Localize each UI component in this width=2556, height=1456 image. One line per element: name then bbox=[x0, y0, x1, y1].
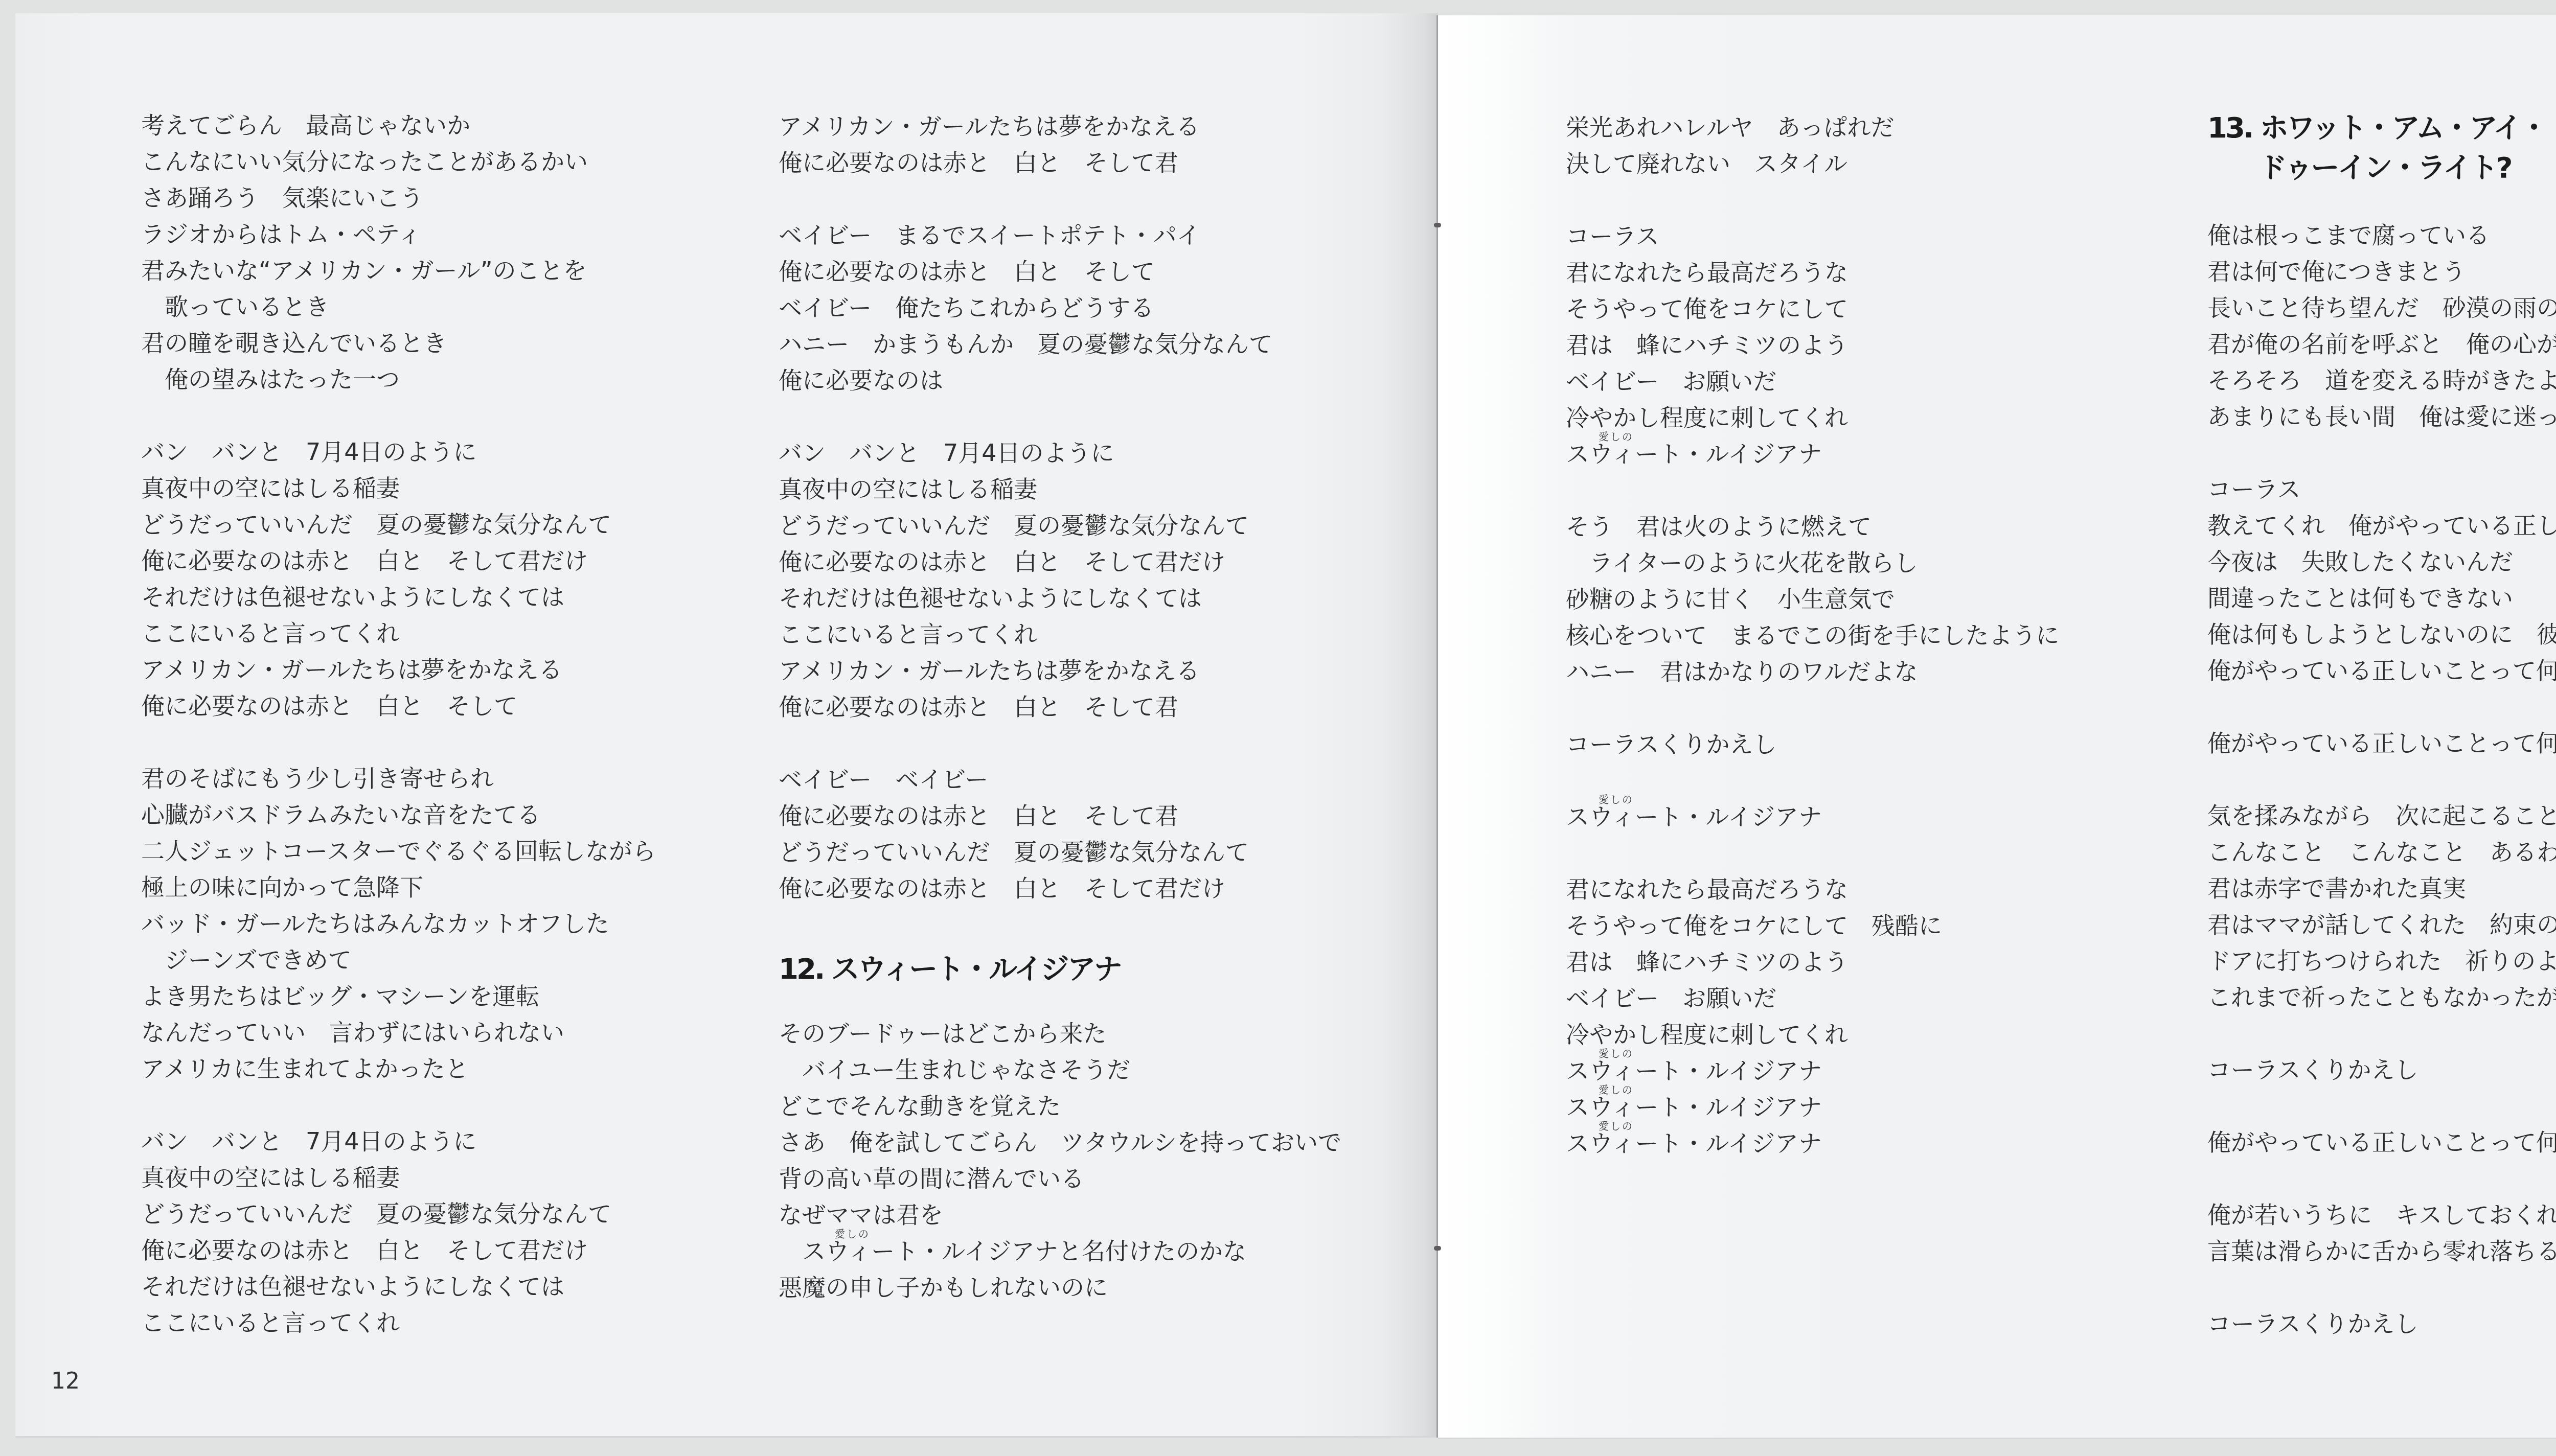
lyric-line: 冷やかし程度に刺してくれ bbox=[1566, 1016, 2060, 1053]
lyric-line: アメリカン・ガールたちは夢をかなえる bbox=[779, 108, 1341, 145]
lyric-line: コーラス bbox=[2207, 471, 2556, 507]
lyric-line: どうだっていいんだ 夏の憂鬱な気分なんて bbox=[779, 507, 1341, 544]
lyric-text: スウィート・ルイジアナ bbox=[1566, 1093, 1822, 1121]
ruby-annotation: 愛しの bbox=[1599, 794, 1634, 805]
lyric-line: 間違ったことは何もできない bbox=[2207, 580, 2556, 616]
lyric-line: 砂糖のように甘く 小生意気で bbox=[1566, 581, 2060, 617]
lyric-line: 俺の望みはたった一つ bbox=[141, 361, 656, 398]
chorus-repeat-label: コーラスくりかえし bbox=[2207, 1306, 2556, 1342]
ruby-annotation: 愛しの bbox=[1599, 431, 1634, 443]
ruby-annotation: 愛しの bbox=[835, 1229, 870, 1240]
lyric-line: これまで祈ったこともなかったが bbox=[2207, 979, 2556, 1015]
lyrics-column-4: 13. ホワット・アム・アイ・ ドゥーイン・ライト? 俺は根っこまで腐っている … bbox=[2207, 108, 2556, 1378]
stanza: バン バンと 7月4日のように 真夜中の空にはしる稲妻 どうだっていいんだ 夏の… bbox=[779, 435, 1341, 725]
lyric-line: そのブードゥーはどこから来た bbox=[779, 1015, 1341, 1052]
lyric-line: 君は 蜂にハチミツのよう bbox=[1566, 944, 2060, 980]
lyric-line: アメリカに生まれてよかったと bbox=[141, 1051, 656, 1087]
lyrics-column-1: 考えてごらん 最高じゃないか こんなにいい気分になったことがあるかい さあ踊ろう… bbox=[141, 107, 656, 1377]
lyric-line: それだけは色褪せないようにしなくては bbox=[141, 579, 656, 615]
lyric-line: 君は赤字で書かれた真実 bbox=[2207, 870, 2556, 907]
lyric-line: ベイビー 俺たちこれからどうする bbox=[779, 290, 1341, 326]
song-title: 13. ホワット・アム・アイ・ ドゥーイン・ライト? bbox=[2207, 108, 2556, 217]
lyric-line: 長いこと待ち望んだ 砂漠の雨のような君 bbox=[2207, 290, 2556, 326]
lyric-line: バン バンと 7月4日のように bbox=[141, 1123, 656, 1160]
stanza: ベイビー ベイビー 俺に必要なのは赤と 白と そして君 どうだっていいんだ 夏の… bbox=[779, 761, 1341, 907]
lyric-line: 決して廃れない スタイル bbox=[1566, 146, 2060, 182]
lyric-line: 俺がやっている正しいことって何だろう bbox=[2207, 653, 2556, 689]
lyric-line: 真夜中の空にはしる稲妻 bbox=[141, 1160, 656, 1196]
lyric-line: 愛しの スウィート・ルイジアナと名付けたのかな bbox=[779, 1233, 1341, 1269]
lyric-line: バッド・ガールたちはみんなカットオフした bbox=[141, 906, 656, 942]
lyric-line: コーラス bbox=[1566, 218, 2060, 255]
stanza: コーラス 君になれたら最高だろうな そうやって俺をコケにして 君は 蜂にハチミツ… bbox=[1566, 218, 2060, 472]
lyric-line: 君のそばにもう少し引き寄せられ bbox=[141, 760, 656, 797]
lyric-line: 愛しの スウィート・ルイジアナ bbox=[1566, 436, 2060, 472]
lyric-line: 真夜中の空にはしる稲妻 bbox=[779, 471, 1341, 507]
lyric-line: こんなにいい気分になったことがあるかい bbox=[141, 144, 656, 180]
lyric-line: 今夜は 失敗したくないんだ bbox=[2207, 544, 2556, 580]
lyric-line: 俺に必要なのは赤と 白と そして君 bbox=[779, 689, 1341, 725]
lyric-line: アメリカン・ガールたちは夢をかなえる bbox=[779, 653, 1341, 689]
chorus-repeat-label: コーラスくりかえし bbox=[1566, 726, 2060, 762]
chorus-repeat-label: コーラスくりかえし bbox=[2207, 1052, 2556, 1088]
spine-fold bbox=[1436, 15, 1438, 1438]
lyric-line: 君になれたら最高だろうな bbox=[1566, 255, 2060, 291]
lyric-line: 俺は根っこまで腐っている bbox=[2207, 217, 2556, 253]
lyric-text: スウィート・ルイジアナ bbox=[1566, 1129, 1822, 1157]
ruby-annotation: 愛しの bbox=[1599, 1121, 1634, 1132]
lyric-line: 俺に必要なのは赤と 白と そして君だけ bbox=[779, 544, 1341, 580]
stanza: 栄光あれハレルヤ あっぱれだ 決して廃れない スタイル bbox=[1566, 109, 2060, 182]
lyric-line: 愛しの スウィート・ルイジアナ bbox=[1566, 1125, 2060, 1162]
lyrics-column-3: 栄光あれハレルヤ あっぱれだ 決して廃れない スタイル コーラス 君になれたら最… bbox=[1566, 109, 2060, 1198]
lyric-line: 愛しの スウィート・ルイジアナ bbox=[1566, 1089, 2060, 1125]
lyric-line: 考えてごらん 最高じゃないか bbox=[141, 107, 656, 144]
lyric-line: 君は何で俺につきまとう bbox=[2207, 253, 2556, 290]
stanza: バン バンと 7月4日のように 真夜中の空にはしる稲妻 どうだっていいんだ 夏の… bbox=[141, 1123, 656, 1341]
lyric-line: 教えてくれ 俺がやっている正しいことって何だろう bbox=[2207, 507, 2556, 544]
stanza: コーラスくりかえし bbox=[2207, 1052, 2556, 1088]
stanza: 愛しの スウィート・ルイジアナ bbox=[1566, 799, 2060, 835]
lyric-line: 真夜中の空にはしる稲妻 bbox=[141, 470, 656, 506]
lyric-line: そうやって俺をコケにして 残酷に bbox=[1566, 908, 2060, 944]
lyric-line: 俺が若いうちに キスしておくれ bbox=[2207, 1197, 2556, 1233]
stanza: 君のそばにもう少し引き寄せられ 心臓がバスドラムみたいな音をたてる 二人ジェット… bbox=[141, 760, 656, 1087]
lyric-line: それだけは色褪せないようにしなくては bbox=[141, 1268, 656, 1305]
stanza: コーラスくりかえし bbox=[1566, 726, 2060, 762]
lyrics-column-2: アメリカン・ガールたちは夢をかなえる 俺に必要なのは赤と 白と そして君 ベイビ… bbox=[779, 108, 1341, 1342]
lyric-line: 君が俺の名前を呼ぶと 俺の心が輝くようだ bbox=[2207, 326, 2556, 362]
lyric-line: 俺に必要なのは赤と 白と そして君 bbox=[779, 798, 1341, 834]
lyric-line: どうだっていいんだ 夏の憂鬱な気分なんて bbox=[141, 506, 656, 543]
lyric-line: 俺は何もしようとしないのに 彼女は灯りを消した bbox=[2207, 616, 2556, 653]
stanza: 俺がやっている正しいことって何だろう bbox=[2207, 725, 2556, 761]
lyric-line: 俺がやっている正しいことって何だろう bbox=[2207, 1124, 2556, 1161]
stanza: 気を揉みながら 次に起こることを待っていた こんなこと こんなこと あるわけない… bbox=[2207, 798, 2556, 1015]
lyric-text: スウィート・ルイジアナ bbox=[1566, 1057, 1822, 1084]
lyric-line: 俺がやっている正しいことって何だろう bbox=[2207, 725, 2556, 761]
stanza: コーラス 教えてくれ 俺がやっている正しいことって何だろう 今夜は 失敗したくな… bbox=[2207, 471, 2556, 689]
lyric-line: 君みたいな“アメリカン・ガール”のことを bbox=[141, 252, 656, 289]
stanza: バン バンと 7月4日のように 真夜中の空にはしる稲妻 どうだっていいんだ 夏の… bbox=[141, 434, 656, 724]
lyric-line: 君は 蜂にハチミツのよう bbox=[1566, 327, 2060, 363]
stanza: そのブードゥーはどこから来た バイユー生まれじゃなさそうだ どこでそんな動きを覚… bbox=[779, 1015, 1341, 1306]
lyric-line: 気を揉みながら 次に起こることを待っていた bbox=[2207, 798, 2556, 834]
lyric-line: あまりにも長い間 俺は愛に迷っていた bbox=[2207, 399, 2556, 435]
lyric-line: ここにいると言ってくれ bbox=[141, 1305, 656, 1341]
stanza: 考えてごらん 最高じゃないか こんなにいい気分になったことがあるかい さあ踊ろう… bbox=[141, 107, 656, 398]
lyric-line: そうやって俺をコケにして bbox=[1566, 291, 2060, 327]
lyric-line: 二人ジェットコースターでぐるぐる回転しながら bbox=[141, 833, 656, 869]
lyric-line: なんだっていい 言わずにはいられない bbox=[141, 1014, 656, 1051]
lyric-line: よき男たちはビッグ・マシーンを運転 bbox=[141, 978, 656, 1014]
lyric-text: スウィート・ルイジアナ bbox=[1566, 803, 1822, 830]
lyric-line: ここにいると言ってくれ bbox=[141, 615, 656, 652]
lyric-line: ジーンズできめて bbox=[141, 942, 656, 978]
lyric-line: どうだっていいんだ 夏の憂鬱な気分なんて bbox=[141, 1196, 656, 1232]
lyric-line: ベイビー まるでスイートポテト・パイ bbox=[779, 217, 1341, 253]
lyric-line: 歌っているとき bbox=[141, 289, 656, 325]
lyric-line: ライターのように火花を散らし bbox=[1566, 545, 2060, 581]
lyric-line: ベイビー ベイビー bbox=[779, 761, 1341, 798]
lyric-line: どこでそんな動きを覚えた bbox=[779, 1088, 1341, 1124]
lyric-line: ラジオからはトム・ペティ bbox=[141, 216, 656, 252]
lyric-line: バン バンと 7月4日のように bbox=[141, 434, 656, 470]
stanza: ベイビー まるでスイートポテト・パイ 俺に必要なのは赤と 白と そして ベイビー… bbox=[779, 217, 1341, 399]
stanza: コーラスくりかえし bbox=[2207, 1306, 2556, 1342]
lyric-line: ドアに打ちつけられた 祈りのよう bbox=[2207, 943, 2556, 979]
lyric-line: 君の瞳を覗き込んでいるとき bbox=[141, 325, 656, 361]
lyric-line: 俺に必要なのは赤と 白と そして bbox=[141, 688, 656, 724]
lyric-line: ベイビー お願いだ bbox=[1566, 980, 2060, 1016]
song-title-line: ドゥーイン・ライト? bbox=[2207, 148, 2556, 188]
lyric-line: 愛しの スウィート・ルイジアナ bbox=[1566, 1053, 2060, 1089]
stanza: 俺が若いうちに キスしておくれ 言葉は滑らかに舌から零れ落ちる bbox=[2207, 1197, 2556, 1269]
lyric-line: こんなこと こんなこと あるわけないと思いながら bbox=[2207, 834, 2556, 870]
lyric-line: 心臓がバスドラムみたいな音をたてる bbox=[141, 797, 656, 833]
stanza: 君になれたら最高だろうな そうやって俺をコケにして 残酷に 君は 蜂にハチミツの… bbox=[1566, 871, 2060, 1162]
stanza: そう 君は火のように燃えて ライターのように火花を散らし 砂糖のように甘く 小生… bbox=[1566, 509, 2060, 690]
stanza: 俺がやっている正しいことって何だろう bbox=[2207, 1124, 2556, 1161]
lyric-text: スウィート・ルイジアナ bbox=[1566, 440, 1822, 468]
lyric-line: 君はママが話してくれた 約束の相手 bbox=[2207, 907, 2556, 943]
lyric-line: 栄光あれハレルヤ あっぱれだ bbox=[1566, 109, 2060, 146]
lyric-line: 背の高い草の間に潜んでいる bbox=[779, 1161, 1341, 1197]
lyric-text: スウィート・ルイジアナと名付けたのかな bbox=[802, 1237, 1246, 1265]
song-title: 12. スウィート・ルイジアナ bbox=[779, 943, 1341, 1015]
lyric-line: 俺に必要なのは赤と 白と そして君 bbox=[779, 145, 1341, 181]
lyric-line: 極上の味に向かって急降下 bbox=[141, 869, 656, 906]
lyric-line: さあ 俺を試してごらん ツタウルシを持っておいで bbox=[779, 1124, 1341, 1161]
lyric-line: そう 君は火のように燃えて bbox=[1566, 509, 2060, 545]
song-title-line: 13. ホワット・アム・アイ・ bbox=[2207, 108, 2556, 148]
lyric-line: 俺に必要なのは赤と 白と そして bbox=[779, 253, 1341, 290]
lyric-line: 悪魔の申し子かもしれないのに bbox=[779, 1269, 1341, 1306]
staple bbox=[1434, 1246, 1441, 1251]
lyric-line: ハニー 君はかなりのワルだよな bbox=[1566, 654, 2060, 690]
lyric-line: バイユー生まれじゃなさそうだ bbox=[779, 1052, 1341, 1088]
lyric-line: そろそろ 道を変える時がきたようだ bbox=[2207, 362, 2556, 399]
lyric-line: それだけは色褪せないようにしなくては bbox=[779, 580, 1341, 616]
lyric-line: どうだっていいんだ 夏の憂鬱な気分なんて bbox=[779, 834, 1341, 870]
page-number: 12 bbox=[51, 1370, 80, 1393]
staple bbox=[1434, 223, 1441, 227]
lyric-line: 言葉は滑らかに舌から零れ落ちる bbox=[2207, 1233, 2556, 1269]
lyric-line: ベイビー お願いだ bbox=[1566, 363, 2060, 400]
stanza: 俺は根っこまで腐っている 君は何で俺につきまとう 長いこと待ち望んだ 砂漠の雨の… bbox=[2207, 217, 2556, 435]
lyric-line: 俺に必要なのは赤と 白と そして君だけ bbox=[141, 1232, 656, 1268]
lyric-line: 愛しの スウィート・ルイジアナ bbox=[1566, 799, 2060, 835]
lyric-line: ここにいると言ってくれ bbox=[779, 616, 1341, 653]
lyric-line: さあ踊ろう 気楽にいこう bbox=[141, 180, 656, 216]
lyric-line: 核心をついて まるでこの街を手にしたように bbox=[1566, 617, 2060, 654]
lyric-line: 君になれたら最高だろうな bbox=[1566, 871, 2060, 908]
lyric-line: ハニー かまうもんか 夏の憂鬱な気分なんて bbox=[779, 326, 1341, 362]
lyric-line: 俺に必要なのは赤と 白と そして君だけ bbox=[141, 543, 656, 579]
stanza: アメリカン・ガールたちは夢をかなえる 俺に必要なのは赤と 白と そして君 bbox=[779, 108, 1341, 181]
lyric-line: アメリカン・ガールたちは夢をかなえる bbox=[141, 652, 656, 688]
lyric-line: 俺に必要なのは赤と 白と そして君だけ bbox=[779, 870, 1341, 907]
ruby-annotation: 愛しの bbox=[1599, 1084, 1634, 1096]
lyric-line: 冷やかし程度に刺してくれ bbox=[1566, 400, 2060, 436]
ruby-annotation: 愛しの bbox=[1599, 1048, 1634, 1059]
lyric-line: 俺に必要なのは bbox=[779, 362, 1341, 399]
lyric-line: バン バンと 7月4日のように bbox=[779, 435, 1341, 471]
